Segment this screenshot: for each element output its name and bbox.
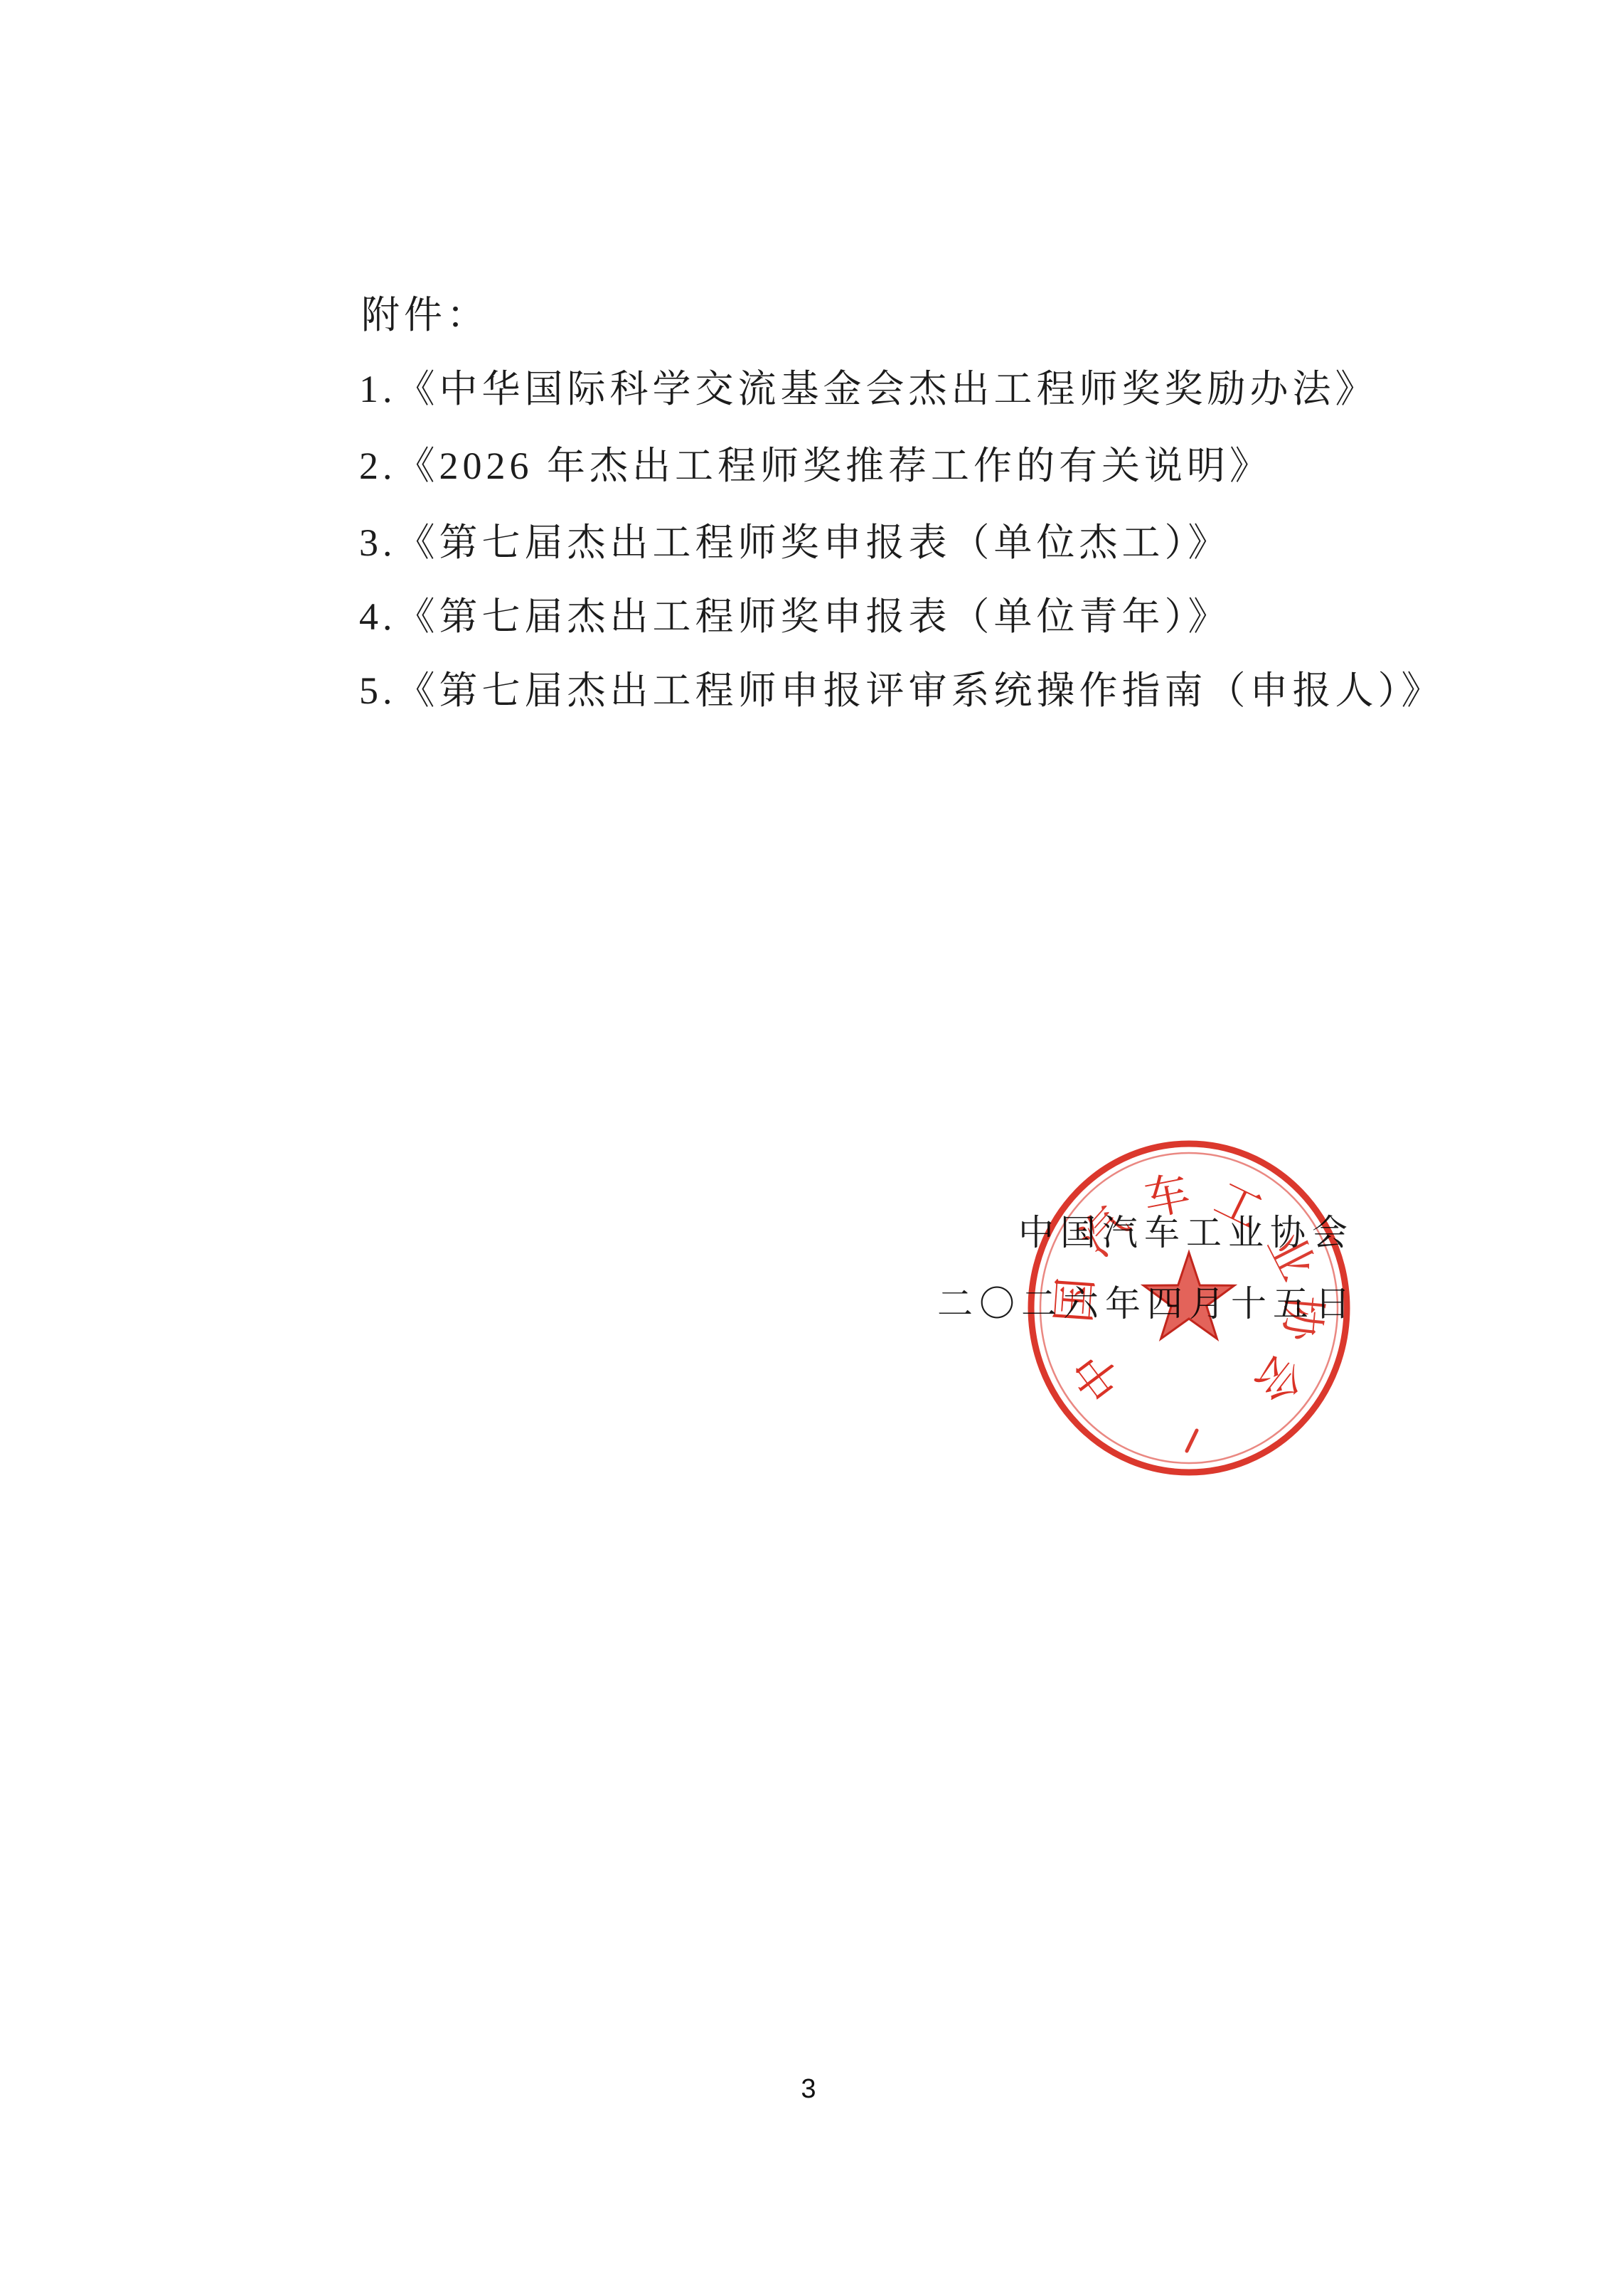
attachment-item-3: 3.《第七届杰出工程师奖申报表（单位杰工）》 bbox=[359, 522, 1231, 564]
seal-ring-char: 中 bbox=[1064, 1343, 1131, 1410]
attachment-item-5: 5.《第七届杰出工程师申报评审系统操作指南（申报人）》 bbox=[359, 670, 1444, 712]
page-number: 3 bbox=[780, 2074, 837, 2105]
seal-ink-mark-icon bbox=[1187, 1430, 1197, 1451]
attachment-item-2: 2.《2026 年杰出工程师奖推荐工作的有关说明》 bbox=[359, 445, 1272, 487]
attachment-item-4: 4.《第七届杰出工程师奖申报表（单位青年）》 bbox=[359, 596, 1231, 638]
seal-ring-char: 会 bbox=[1244, 1345, 1312, 1412]
document-page: 附件： 1.《中华国际科学交流基金会杰出工程师奖奖励办法》 2.《2026 年杰… bbox=[0, 0, 1622, 2296]
attachments-heading: 附件： bbox=[361, 294, 489, 336]
signature-organization: 中国汽车工业协会 bbox=[1018, 1213, 1354, 1253]
attachment-item-1: 1.《中华国际科学交流基金会杰出工程师奖奖励办法》 bbox=[359, 368, 1378, 410]
signature-date: 二〇二六年四月十五日 bbox=[937, 1285, 1357, 1324]
